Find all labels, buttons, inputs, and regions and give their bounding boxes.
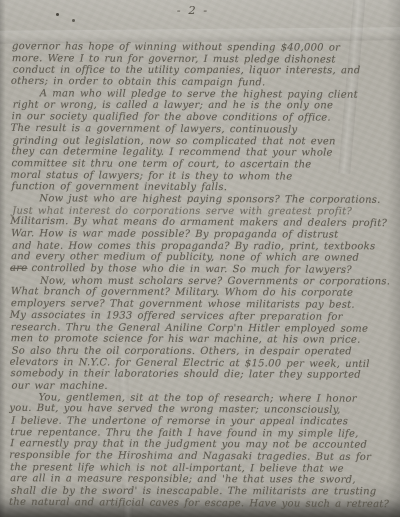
handwritten-line: War. How is war made possible? By propag…	[11, 228, 400, 241]
handwritten-line: our war machine.	[12, 381, 400, 393]
page-number: - 2 -	[0, 3, 386, 17]
pencil-dot	[72, 19, 75, 22]
handwritten-line: Now just who are highest paying sponsors…	[11, 193, 400, 206]
struck-word: are	[10, 263, 27, 274]
handwritten-line: responsible for the Hiroshima and Nagasa…	[9, 450, 398, 464]
handwritten-line: grinding out legislation, now so complic…	[13, 135, 400, 147]
handwritten-line: So also thru the oil corporations. Other…	[12, 346, 400, 358]
handwritten-line: Now, whom must scholars serve? Governmen…	[12, 275, 400, 287]
handwritten-line: the natural and artificial caves for esc…	[9, 497, 398, 511]
handwritten-text-block: governor has hope of winning without spe…	[10, 41, 400, 510]
handwritten-line: men to promote science for his war machi…	[11, 333, 400, 346]
line-text: controlled by those who die in war. So m…	[31, 263, 351, 276]
handwritten-line: and hate. How comes this propaganda? By …	[12, 240, 400, 252]
handwritten-line: elevators in N.Y.C. for General Electric…	[10, 356, 399, 370]
handwritten-line: The result is a government of lawyers, c…	[11, 123, 400, 137]
handwritten-line: My associates in 1933 offered services a…	[10, 310, 399, 324]
handwritten-line: right or wrong, is called a lawyer; and …	[13, 100, 400, 112]
document-scan: - 2 - governor has hope of winning witho…	[0, 0, 400, 517]
handwritten-line: others; in order to obtain this campaign…	[11, 76, 400, 90]
handwritten-line: I believe. The undertone of remorse in y…	[11, 416, 400, 428]
handwritten-line: moral status of lawyers; for it is they …	[10, 169, 399, 183]
